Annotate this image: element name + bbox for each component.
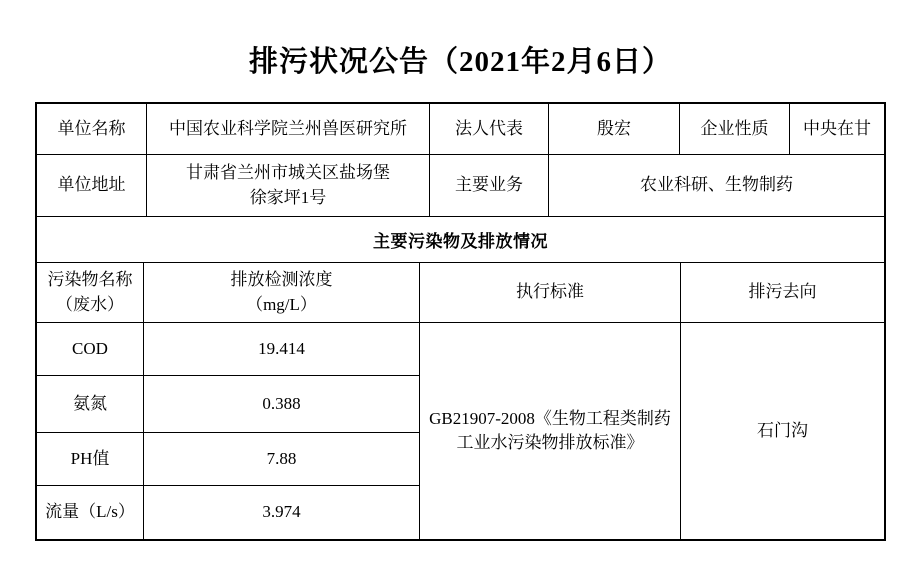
legal-rep-label: 法人代表 — [430, 104, 549, 155]
pollutant-name-flow: 流量（L/s） — [37, 486, 144, 539]
pollutants-section-title: 主要污染物及排放情况 — [37, 217, 884, 263]
pollutants-section: 污染物名称 （废水） 排放检测浓度 （mg/L） 执行标准 排污去向 COD 1… — [37, 263, 884, 539]
standard-value: GB21907-2008《生物工程类制药 工业水污染物排放标准》 — [420, 323, 681, 539]
main-business-value: 农业科研、生物制药 — [549, 155, 884, 217]
main-business-label: 主要业务 — [430, 155, 549, 217]
pollutant-value-cod: 19.414 — [144, 323, 420, 376]
pollutant-value-flow: 3.974 — [144, 486, 420, 539]
pollutant-value-ph: 7.88 — [144, 433, 420, 486]
unit-name-value: 中国农业科学院兰州兽医研究所 — [147, 104, 430, 155]
pollutant-name-ammonia: 氨氮 — [37, 376, 144, 433]
pollutant-name-header: 污染物名称 （废水） — [37, 263, 144, 323]
pollutant-name-cod: COD — [37, 323, 144, 376]
standard-header: 执行标准 — [420, 263, 681, 323]
unit-address-label: 单位地址 — [37, 155, 147, 217]
announcement-table: 单位名称 中国农业科学院兰州兽医研究所 法人代表 殷宏 企业性质 中央在甘 单位… — [35, 102, 886, 541]
unit-info-section: 单位名称 中国农业科学院兰州兽医研究所 法人代表 殷宏 企业性质 中央在甘 单位… — [37, 104, 884, 217]
enterprise-type-label: 企业性质 — [680, 104, 790, 155]
destination-header: 排污去向 — [681, 263, 884, 323]
page-title: 排污状况公告（2021年2月6日） — [0, 0, 921, 80]
unit-name-label: 单位名称 — [37, 104, 147, 155]
pollutant-name-ph: PH值 — [37, 433, 144, 486]
legal-rep-value: 殷宏 — [549, 104, 680, 155]
unit-address-value: 甘肃省兰州市城关区盐场堡 徐家坪1号 — [147, 155, 430, 217]
destination-value: 石门沟 — [681, 323, 884, 539]
enterprise-type-value: 中央在甘 — [790, 104, 884, 155]
concentration-header: 排放检测浓度 （mg/L） — [144, 263, 420, 323]
pollutant-value-ammonia: 0.388 — [144, 376, 420, 433]
announcement-page: 排污状况公告（2021年2月6日） 单位名称 中国农业科学院兰州兽医研究所 法人… — [0, 0, 921, 569]
